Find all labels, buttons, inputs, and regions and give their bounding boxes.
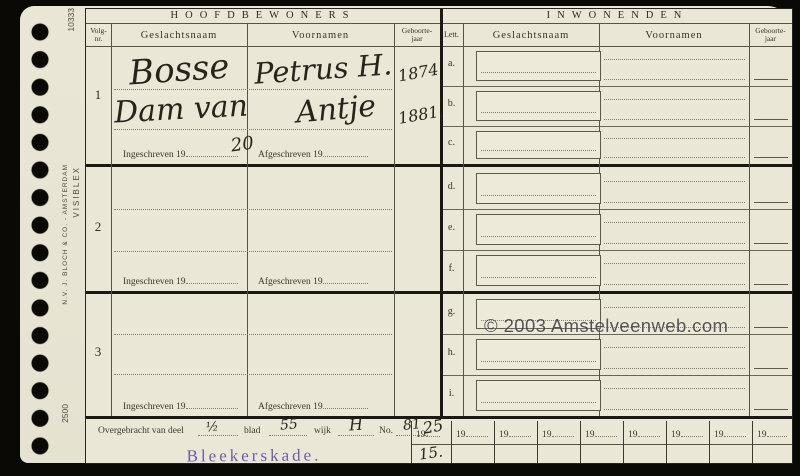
street-cell <box>752 444 793 463</box>
writing-line <box>604 263 745 264</box>
writing-line <box>754 79 788 80</box>
year-below-handwriting: 15. <box>418 444 444 462</box>
col-header-label: Geslachtsnaam <box>141 30 218 41</box>
col-header-voornamen-right: Voornamen <box>599 24 749 46</box>
blad-label: blad <box>244 426 260 436</box>
year-prefix: 19 <box>542 430 552 440</box>
section-divider <box>86 164 792 167</box>
dotted-blank <box>466 427 488 437</box>
row-letter: c. <box>440 137 463 148</box>
deel-handwriting: ½ <box>205 420 219 434</box>
writing-line <box>754 202 788 203</box>
year-prefix: 19 <box>628 430 638 440</box>
col-header-voornamen: Voornamen <box>247 24 394 46</box>
writing-line <box>754 327 788 328</box>
hoofdbewoners-title: HOOFDBEWONERS <box>86 10 440 22</box>
col-header-label: Voornamen <box>292 30 349 41</box>
brand-manufacturer: N.V. J. BLOCH & CO. - AMSTERDAM <box>62 164 69 305</box>
writing-line <box>481 402 596 403</box>
writing-line <box>604 99 745 100</box>
copyright-watermark: © 2003 Amstelveenweb.com <box>484 315 728 337</box>
dotted-blank <box>509 427 531 437</box>
writing-line <box>604 222 745 223</box>
col-header-label: Lett. <box>444 31 459 39</box>
geslachtsnaam-box <box>476 214 601 245</box>
col-header-volgnr: Volg- nr. <box>86 24 111 46</box>
year-cell: 19 <box>752 421 792 444</box>
writing-line <box>604 307 745 308</box>
binder-holes <box>28 18 52 460</box>
year-prefix: 19 <box>585 430 595 440</box>
inwonenden-row: i. <box>86 375 792 416</box>
year-prefix: 19 <box>499 430 509 440</box>
year-cell: 19 <box>451 421 494 444</box>
year-cell: 19 <box>537 421 580 444</box>
writing-line <box>481 277 596 278</box>
col-header-label: Voornamen <box>645 30 702 41</box>
col-header-label: Geslachtsnaam <box>493 30 570 41</box>
year-cell: 19 <box>666 421 709 444</box>
dotted-blank <box>638 427 660 437</box>
dotted-blank <box>552 427 574 437</box>
geslachtsnaam-box <box>476 51 601 81</box>
writing-line <box>604 347 745 348</box>
col-header-lett: Lett. <box>440 24 463 46</box>
writing-line <box>604 284 745 285</box>
col-header-geboortejaar-right: Geboorte- jaar <box>749 24 792 46</box>
writing-line <box>604 409 745 410</box>
writing-line <box>604 181 745 182</box>
inwonenden-row: c. <box>86 126 792 164</box>
row-letter: i. <box>440 388 463 399</box>
dotted-blank <box>595 427 617 437</box>
row-letter: f. <box>440 263 463 274</box>
stub-serial-top: 10333 <box>66 8 76 32</box>
writing-line <box>604 119 745 120</box>
street-cell <box>494 444 538 463</box>
writing-line <box>754 157 788 158</box>
row-letter: b. <box>440 98 463 109</box>
wijk-label: wijk <box>314 426 331 436</box>
col-header-geslachtsnaam-right: Geslachtsnaam <box>463 24 599 46</box>
stub-serial-bottom: 2500 <box>60 404 70 423</box>
year-prefix: 19 <box>757 430 767 440</box>
year-cell: 19 <box>494 421 537 444</box>
street-cell <box>580 444 624 463</box>
writing-line <box>604 157 745 158</box>
year-cell: 19 <box>623 421 666 444</box>
writing-line <box>604 138 745 139</box>
geslachtsnaam-box <box>476 131 601 159</box>
writing-line <box>481 112 596 113</box>
writing-line <box>604 368 745 369</box>
year-cell: 19 <box>580 421 623 444</box>
dotted-blank <box>767 427 787 437</box>
inwonenden-row: a. <box>86 46 792 86</box>
register-table: HOOFDBEWONERS INWONENDEN Volg- nr. Gesla… <box>85 8 793 464</box>
year-prefix: 19 <box>671 430 681 440</box>
writing-line <box>481 361 596 362</box>
photo-background: { "photo": { "watermark": "© 2003 Amstel… <box>0 0 800 476</box>
inwonenden-row: f. <box>86 250 792 291</box>
inwonenden-row: d. <box>86 168 792 209</box>
street-cell <box>451 444 495 463</box>
geslachtsnaam-box <box>476 380 601 411</box>
row-letter: g. <box>440 306 463 317</box>
year-cell: 19 <box>709 421 752 444</box>
year-prefix: 19 <box>456 430 466 440</box>
col-header-label: jaar <box>411 35 422 43</box>
geslachtsnaam-box <box>476 173 601 204</box>
dotted-blank <box>724 427 746 437</box>
col-header-geslachtsnaam: Geslachtsnaam <box>111 24 247 46</box>
col-header-label: jaar <box>765 35 776 43</box>
street-name-stamp: Bleekerskade. <box>164 445 344 466</box>
wijk-handwriting: H <box>348 417 363 434</box>
overgebracht-label: Overgebracht van deel <box>98 426 184 436</box>
col-header-geboortejaar: Geboorte- jaar <box>394 24 440 46</box>
brand-name: VISIBLEX <box>72 166 81 218</box>
writing-line <box>604 79 745 80</box>
writing-line <box>604 388 745 389</box>
no-label: No. <box>379 426 393 436</box>
inwonenden-row: h. <box>86 334 792 375</box>
writing-line <box>481 72 596 73</box>
row-letter: a. <box>440 58 463 69</box>
writing-line <box>754 409 788 410</box>
writing-line <box>754 368 788 369</box>
writing-line <box>754 119 788 120</box>
inwonenden-title: INWONENDEN <box>443 10 792 22</box>
blad-handwriting: 55 <box>279 417 298 433</box>
row-letter: h. <box>440 347 463 358</box>
row-letter: d. <box>440 181 463 192</box>
register-card: 10333 VISIBLEX N.V. J. BLOCH & CO. - AMS… <box>20 6 793 463</box>
row-letter: e. <box>440 222 463 233</box>
writing-line <box>481 195 596 196</box>
street-cell <box>623 444 667 463</box>
year-handwriting: 25 <box>422 417 445 436</box>
writing-line <box>481 150 596 151</box>
geslachtsnaam-box <box>476 91 601 121</box>
geslachtsnaam-box <box>476 255 601 286</box>
geslachtsnaam-box <box>476 339 601 370</box>
writing-line <box>754 243 788 244</box>
col-header-volgnr-line2: nr. <box>95 35 103 43</box>
street-cell <box>666 444 710 463</box>
inwonenden-row: e. <box>86 209 792 250</box>
dotted-blank <box>681 427 703 437</box>
street-cell <box>709 444 753 463</box>
writing-line <box>604 202 745 203</box>
writing-line <box>754 284 788 285</box>
street-cell <box>537 444 581 463</box>
inwonenden-row: b. <box>86 86 792 126</box>
writing-line <box>604 243 745 244</box>
writing-line <box>481 236 596 237</box>
writing-line <box>604 59 745 60</box>
year-prefix: 19 <box>714 430 724 440</box>
